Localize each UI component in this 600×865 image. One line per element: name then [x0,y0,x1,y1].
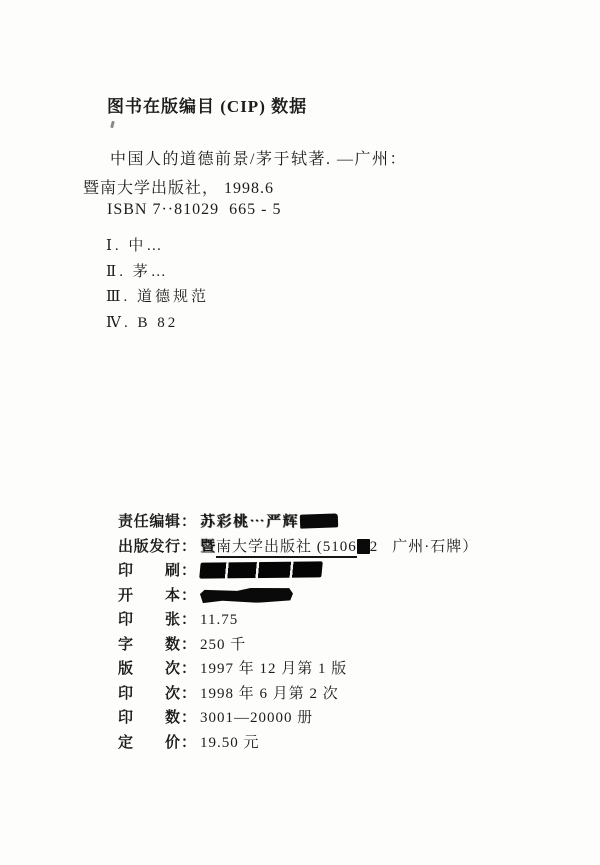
colophon-row-editor: 责任编辑： 苏彩桃⋯严辉 [118,513,478,538]
row-value: 1998 年 6 月第 2 次 [200,685,339,704]
classification-item: Ⅱ. 茅… [106,260,209,286]
row-value: 3001—20000 册 [200,709,313,728]
scanned-copyright-page: 图书在版编目 (CIP) 数据 中国人的道德前景/茅于轼著. —广州： 暨南大学… [0,0,600,865]
row-label: 印张 [118,611,180,630]
row-label: 字数 [118,636,180,655]
row-label: 印次 [118,685,180,704]
row-value: 11.75 [200,611,238,630]
row-label: 印刷 [118,562,180,581]
colophon-row-format: 开本： [118,587,478,612]
row-value: 250 千 [200,636,246,655]
colophon-row-impression: 印次： 1998 年 6 月第 2 次 [118,685,478,710]
row-colon: ： [181,685,196,704]
row-label: 出版发行 [118,538,180,557]
row-colon: ： [181,538,196,557]
row-value: 1997 年 12 月第 1 版 [200,660,347,679]
row-label: 版次 [118,660,180,679]
classification-item: Ⅳ. B 82 [106,311,209,337]
row-colon: ： [181,636,196,655]
colophon-row-wordcount: 字数： 250 千 [118,636,478,661]
row-label: 定价 [118,734,180,753]
redaction-bar [200,587,293,604]
row-colon: ： [181,611,196,630]
scan-speck [110,121,115,129]
cip-classification-list: Ⅰ. 中… Ⅱ. 茅… Ⅲ. 道德规范 Ⅳ. B 82 [106,234,209,336]
editor-names: 苏彩桃⋯严辉 [200,514,299,530]
publisher-name-underlined: 南大学出版社 (5106 [216,539,357,558]
row-colon: ： [181,734,196,753]
colophon-row-price: 定价： 19.50 元 [118,734,478,759]
row-colon: ： [181,513,196,532]
classification-item: Ⅲ. 道德规范 [106,285,209,311]
row-label: 开本 [118,587,180,606]
colophon-row-printrun: 印数： 3001—20000 册 [118,709,478,734]
row-colon: ： [181,562,196,581]
colophon-row-edition: 版次： 1997 年 12 月第 1 版 [118,660,478,685]
publisher-first-char: 暨 [200,539,216,555]
colophon-row-printer: 印刷： [118,562,478,587]
publisher-location: 广州·石牌） [392,539,478,555]
colophon-table: 责任编辑： 苏彩桃⋯严辉 出版发行： 暨南大学出版社 (51062广州·石牌） … [118,513,478,758]
row-colon: ： [181,587,196,606]
redaction-mark [357,539,370,554]
cip-isbn-line: ISBN 7··81029 665 - 5 [107,201,281,219]
row-colon: ： [181,660,196,679]
row-value: 19.50 元 [200,734,260,753]
cip-title-line: 中国人的道德前景/茅于轼著. —广州： [110,146,407,169]
classification-item: Ⅰ. 中… [106,234,209,260]
colophon-row-sheets: 印张： 11.75 [118,611,478,636]
row-label: 印数 [118,709,180,728]
row-colon: ： [181,709,196,728]
redaction-bar [199,561,323,578]
redaction-mark [300,513,338,528]
row-label: 责任编辑 [118,513,180,532]
postcode-last-digit: 2 [370,539,379,555]
cip-publisher-line: 暨南大学出版社， 1998.6 [83,175,274,198]
cip-heading: 图书在版编目 (CIP) 数据 [107,92,307,117]
colophon-row-publisher: 出版发行： 暨南大学出版社 (51062广州·石牌） [118,538,478,563]
